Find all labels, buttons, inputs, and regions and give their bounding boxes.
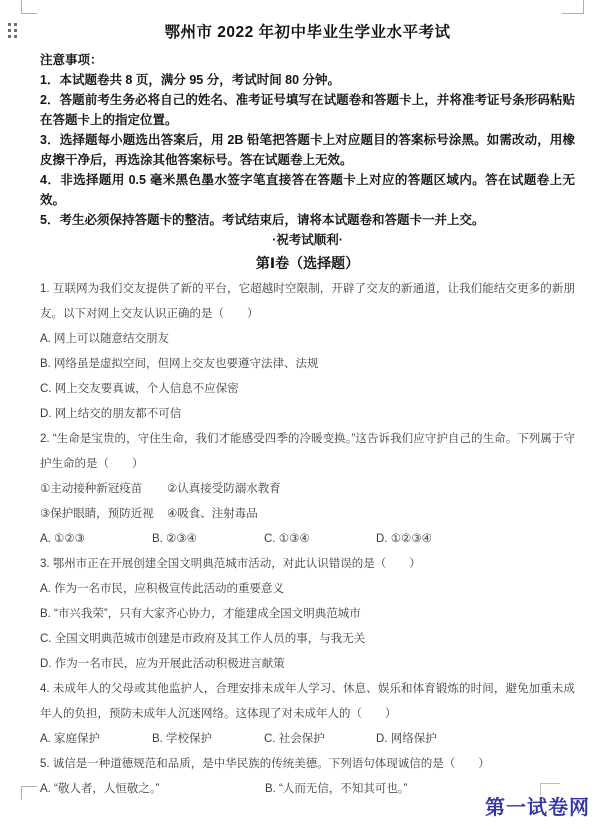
site-watermark: 第一试卷网 (485, 791, 590, 820)
question-1-option-c: C. 网上交友要真诚，个人信息不应保密 (40, 377, 575, 402)
question-4-stem: 4. 未成年人的父母或其他监护人，合理安排未成年人学习、休息、娱乐和体育锻炼的时… (40, 677, 575, 727)
question-2-options-row: A. ①②③ B. ②③④ C. ①③④ D. ①②③④ (40, 527, 575, 552)
question-4: 4. 未成年人的父母或其他监护人，合理安排未成年人学习、休息、娱乐和体育锻炼的时… (40, 677, 575, 752)
exam-document-page: 鄂州市 2022 年初中毕业生学业水平考试 注意事项： 1．本试题卷共 8 页，… (0, 0, 599, 829)
question-4-option-c: C. 社会保护 (264, 727, 376, 752)
question-2-subitem-2: ②认真接受防溺水教育 (167, 477, 281, 502)
question-1-stem: 1. 互联网为我们交友提供了新的平台，它超越时空限制，开辟了交友的新通道，让我们… (40, 277, 575, 327)
corner-mark-top-right (562, 0, 584, 14)
question-1-option-a: A. 网上可以随意结交朋友 (40, 327, 575, 352)
wish-line: ·祝考试顺利· (40, 230, 575, 251)
notice-item-5: 5．考生必须保持答题卡的整洁。考试结束后，请将本试题卷和答题卡一并上交。 (40, 210, 575, 230)
question-5-option-b: B. “人而无信，不知其可也。” (265, 777, 407, 802)
question-2-option-c: C. ①③④ (264, 527, 376, 552)
question-2: 2. “生命是宝贵的，守住生命，我们才能感受四季的冷暖变换。”这告诉我们应守护自… (40, 427, 575, 552)
question-1: 1. 互联网为我们交友提供了新的平台，它超越时空限制，开辟了交友的新通道，让我们… (40, 277, 575, 427)
question-4-options-row: A. 家庭保护 B. 学校保护 C. 社会保护 D. 网络保护 (40, 727, 575, 752)
question-3-stem: 3. 鄂州市正在开展创建全国文明典范城市活动，对此认识错误的是（ ） (40, 552, 575, 577)
question-1-option-d: D. 网上结交的朋友都不可信 (40, 402, 575, 427)
question-3: 3. 鄂州市正在开展创建全国文明典范城市活动，对此认识错误的是（ ） A. 作为… (40, 552, 575, 677)
question-3-option-d: D. 作为一名市民，应为开展此活动积极进言献策 (40, 652, 575, 677)
question-5-option-a: A. “敬人者，人恒敬之。” (40, 777, 265, 802)
question-1-option-b: B. 网络虽是虚拟空间，但网上交友也要遵守法律、法规 (40, 352, 575, 377)
question-2-stem: 2. “生命是宝贵的，守住生命，我们才能感受四季的冷暖变换。”这告诉我们应守护自… (40, 427, 575, 477)
question-2-subitem-4: ④吸食、注射毒品 (167, 502, 258, 527)
question-4-option-b: B. 学校保护 (152, 727, 264, 752)
corner-mark-bottom-left (21, 786, 37, 800)
question-3-option-c: C. 全国文明典范城市创建是市政府及其工作人员的事，与我无关 (40, 627, 575, 652)
question-3-option-b: B. “市兴我荣”，只有大家齐心协力，才能建成全国文明典范城市 (40, 602, 575, 627)
question-4-option-a: A. 家庭保护 (40, 727, 152, 752)
notice-item-2: 2．答题前考生务必将自己的姓名、准考证号填写在试题卷和答题卡上，并将准考证号条形… (40, 90, 575, 130)
exam-title: 鄂州市 2022 年初中毕业生学业水平考试 (40, 20, 575, 42)
question-2-option-a: A. ①②③ (40, 527, 152, 552)
question-2-subitems-row-1: ①主动接种新冠疫苗 ②认真接受防溺水教育 (40, 477, 575, 502)
section-title: 第Ⅰ卷（选择题） (40, 251, 575, 275)
notice-item-3: 3．选择题每小题选出答案后，用 2B 铅笔把答题卡上对应题目的答案标号涂黑。如需… (40, 130, 575, 170)
notice-item-1: 1．本试题卷共 8 页，满分 95 分，考试时间 80 分钟。 (40, 70, 575, 90)
notice-heading: 注意事项： (40, 50, 575, 70)
corner-mark-top-left (21, 0, 37, 14)
question-2-subitem-3: ③保护眼睛，预防近视 (40, 502, 167, 527)
question-2-subitems-row-2: ③保护眼睛，预防近视 ④吸食、注射毒品 (40, 502, 575, 527)
question-2-option-d: D. ①②③④ (376, 527, 432, 552)
question-2-subitem-1: ①主动接种新冠疫苗 (40, 477, 167, 502)
drag-dots-icon[interactable] (8, 23, 17, 38)
question-5-stem: 5. 诚信是一种道德规范和品质，是中华民族的传统美德。下列语句体现诚信的是（ ） (40, 752, 575, 777)
notice-item-4: 4．非选择题用 0.5 毫米黑色墨水签字笔直接答在答题卡上对应的答题区域内。答在… (40, 170, 575, 210)
question-3-option-a: A. 作为一名市民，应积极宣传此活动的重要意义 (40, 577, 575, 602)
question-2-option-b: B. ②③④ (152, 527, 264, 552)
question-4-option-d: D. 网络保护 (376, 727, 437, 752)
